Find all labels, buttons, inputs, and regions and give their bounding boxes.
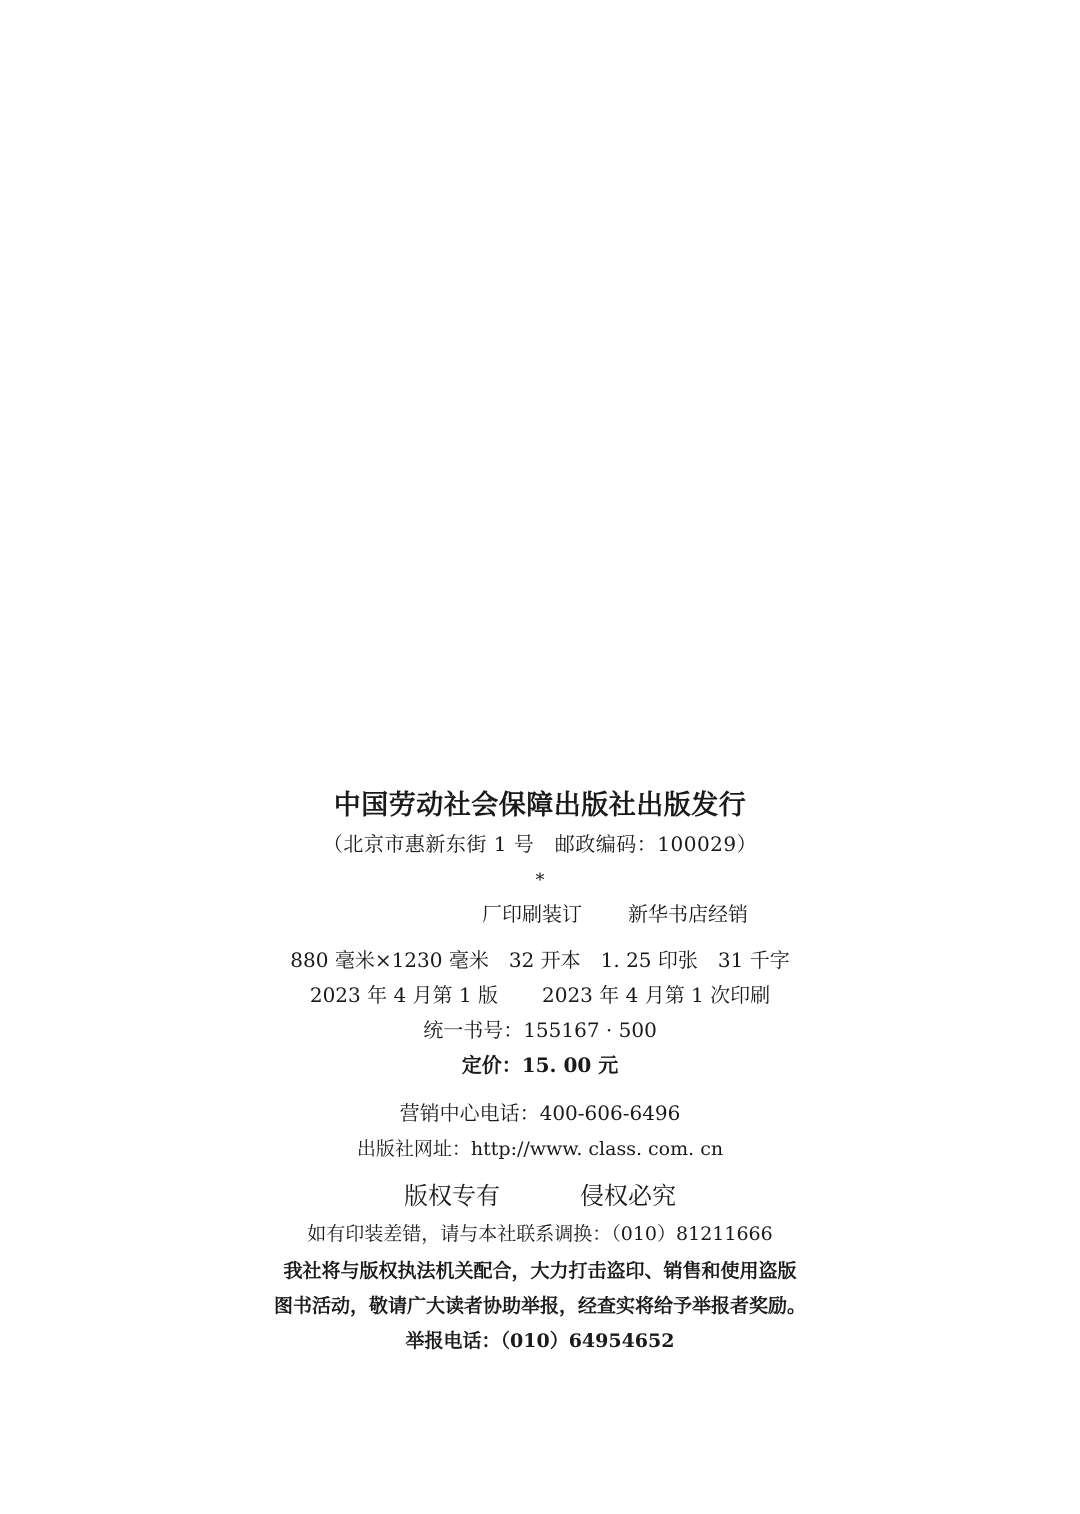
publisher-address: （北京市惠新东街 1 号 邮政编码：100029） bbox=[0, 834, 1080, 854]
price-line: 定价：15. 00 元 bbox=[0, 1055, 1080, 1075]
infringement-prosecuted: 侵权必究 bbox=[580, 1182, 676, 1210]
report-phone-number: （010）64954652 bbox=[501, 1330, 675, 1352]
separator-asterisk: * bbox=[0, 872, 1080, 890]
edition-line: 2023 年 4 月第 1 版2023 年 4 月第 1 次印刷 bbox=[0, 985, 1080, 1005]
distributor: 新华书店经销 bbox=[628, 902, 748, 926]
book-specs: 880 毫米×1230 毫米 32 开本 1. 25 印张 31 千字 bbox=[0, 950, 1080, 970]
report-phone-line: 举报电话：（010）64954652 bbox=[0, 1332, 1080, 1351]
copyright-line: 版权专有侵权必究 bbox=[0, 1184, 1080, 1208]
price-label: 定价： bbox=[462, 1053, 522, 1077]
antipiracy-notice-line-1: 我社将与版权执法机关配合，大力打击盗印、销售和使用盗版 bbox=[0, 1262, 1080, 1281]
publisher-website: 出版社网址：http://www. class. com. cn bbox=[0, 1140, 1080, 1159]
price-value: 15. 00 元 bbox=[522, 1053, 619, 1077]
antipiracy-notice-line-2: 图书活动，敬请广大读者协助举报，经查实将给予举报者奖励。 bbox=[0, 1297, 1080, 1316]
publisher-title: 中国劳动社会保障出版社出版发行 bbox=[0, 792, 1080, 819]
first-edition: 2023 年 4 月第 1 版 bbox=[310, 983, 498, 1007]
unified-book-number: 统一书号：155167 · 500 bbox=[0, 1020, 1080, 1040]
printer-distribution-line: 厂印刷装订新华书店经销 bbox=[0, 904, 1080, 924]
colophon-page: 中国劳动社会保障出版社出版发行 （北京市惠新东街 1 号 邮政编码：100029… bbox=[0, 0, 1080, 1514]
first-printing: 2023 年 4 月第 1 次印刷 bbox=[542, 983, 770, 1007]
printing-binding: 厂印刷装订 bbox=[482, 902, 582, 926]
marketing-phone: 营销中心电话：400-606-6496 bbox=[0, 1103, 1080, 1123]
all-rights-reserved: 版权专有 bbox=[404, 1182, 500, 1210]
report-phone-label: 举报电话： bbox=[406, 1330, 501, 1352]
replacement-notice: 如有印装差错，请与本社联系调换：（010）81211666 bbox=[0, 1225, 1080, 1244]
